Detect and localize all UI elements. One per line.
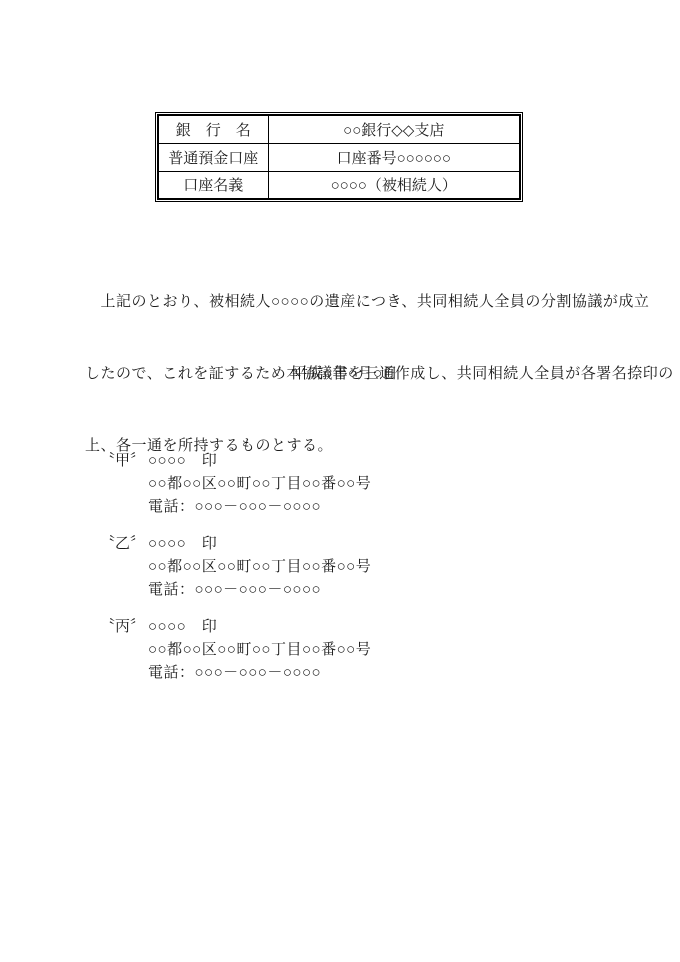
signatory-address: ○○都○○区○○町○○丁目○○番○○号: [148, 473, 371, 496]
table-row: 銀 行 名 ○○銀行◇◇支店: [158, 115, 520, 143]
account-holder-label-cell: 口座名義: [158, 171, 268, 199]
signatory-name: ○○○○ 印: [148, 533, 371, 556]
signatory-block-kou: 〝甲〞 ○○○○ 印 ○○都○○区○○町○○丁目○○番○○号 電話：○○○－○○…: [100, 450, 371, 519]
bank-name-value-cell: ○○銀行◇◇支店: [268, 115, 520, 143]
date-line: 平成○年○月○日: [292, 363, 398, 386]
paragraph-line: 上記のとおり、被相続人○○○○の遺産につき、共同相続人全員の分割協議が成立: [85, 290, 674, 314]
bank-account-table: 銀 行 名 ○○銀行◇◇支店 普通預金口座 口座番号○○○○○○ 口座名義 ○○…: [155, 112, 523, 202]
signatories-section: 〝甲〞 ○○○○ 印 ○○都○○区○○町○○丁目○○番○○号 電話：○○○－○○…: [100, 450, 371, 699]
signatory-details: ○○○○ 印 ○○都○○区○○町○○丁目○○番○○号 電話：○○○－○○○－○○…: [148, 450, 371, 519]
signatory-name: ○○○○ 印: [148, 616, 371, 639]
bank-account-table-grid: 銀 行 名 ○○銀行◇◇支店 普通預金口座 口座番号○○○○○○ 口座名義 ○○…: [157, 114, 521, 200]
bank-name-label-cell: 銀 行 名: [158, 115, 268, 143]
signatory-name: ○○○○ 印: [148, 450, 371, 473]
signatory-block-hei: 〝丙〞 ○○○○ 印 ○○都○○区○○町○○丁目○○番○○号 電話：○○○－○○…: [100, 616, 371, 685]
signatory-label: 〝丙〞: [100, 616, 148, 639]
document-page: 銀 行 名 ○○銀行◇◇支店 普通預金口座 口座番号○○○○○○ 口座名義 ○○…: [0, 0, 680, 962]
signatory-phone: 電話：○○○－○○○－○○○○: [148, 579, 371, 602]
signatory-label: 〝乙〞: [100, 533, 148, 556]
signatory-details: ○○○○ 印 ○○都○○区○○町○○丁目○○番○○号 電話：○○○－○○○－○○…: [148, 616, 371, 685]
signatory-block-otsu: 〝乙〞 ○○○○ 印 ○○都○○区○○町○○丁目○○番○○号 電話：○○○－○○…: [100, 533, 371, 602]
account-type-label-cell: 普通預金口座: [158, 143, 268, 171]
account-number-value-cell: 口座番号○○○○○○: [268, 143, 520, 171]
signatory-address: ○○都○○区○○町○○丁目○○番○○号: [148, 639, 371, 662]
signatory-address: ○○都○○区○○町○○丁目○○番○○号: [148, 556, 371, 579]
table-row: 口座名義 ○○○○（被相続人）: [158, 171, 520, 199]
account-holder-value-cell: ○○○○（被相続人）: [268, 171, 520, 199]
signatory-label: 〝甲〞: [100, 450, 148, 473]
signatory-phone: 電話：○○○－○○○－○○○○: [148, 662, 371, 685]
table-row: 普通預金口座 口座番号○○○○○○: [158, 143, 520, 171]
signatory-phone: 電話：○○○－○○○－○○○○: [148, 496, 371, 519]
signatory-details: ○○○○ 印 ○○都○○区○○町○○丁目○○番○○号 電話：○○○－○○○－○○…: [148, 533, 371, 602]
